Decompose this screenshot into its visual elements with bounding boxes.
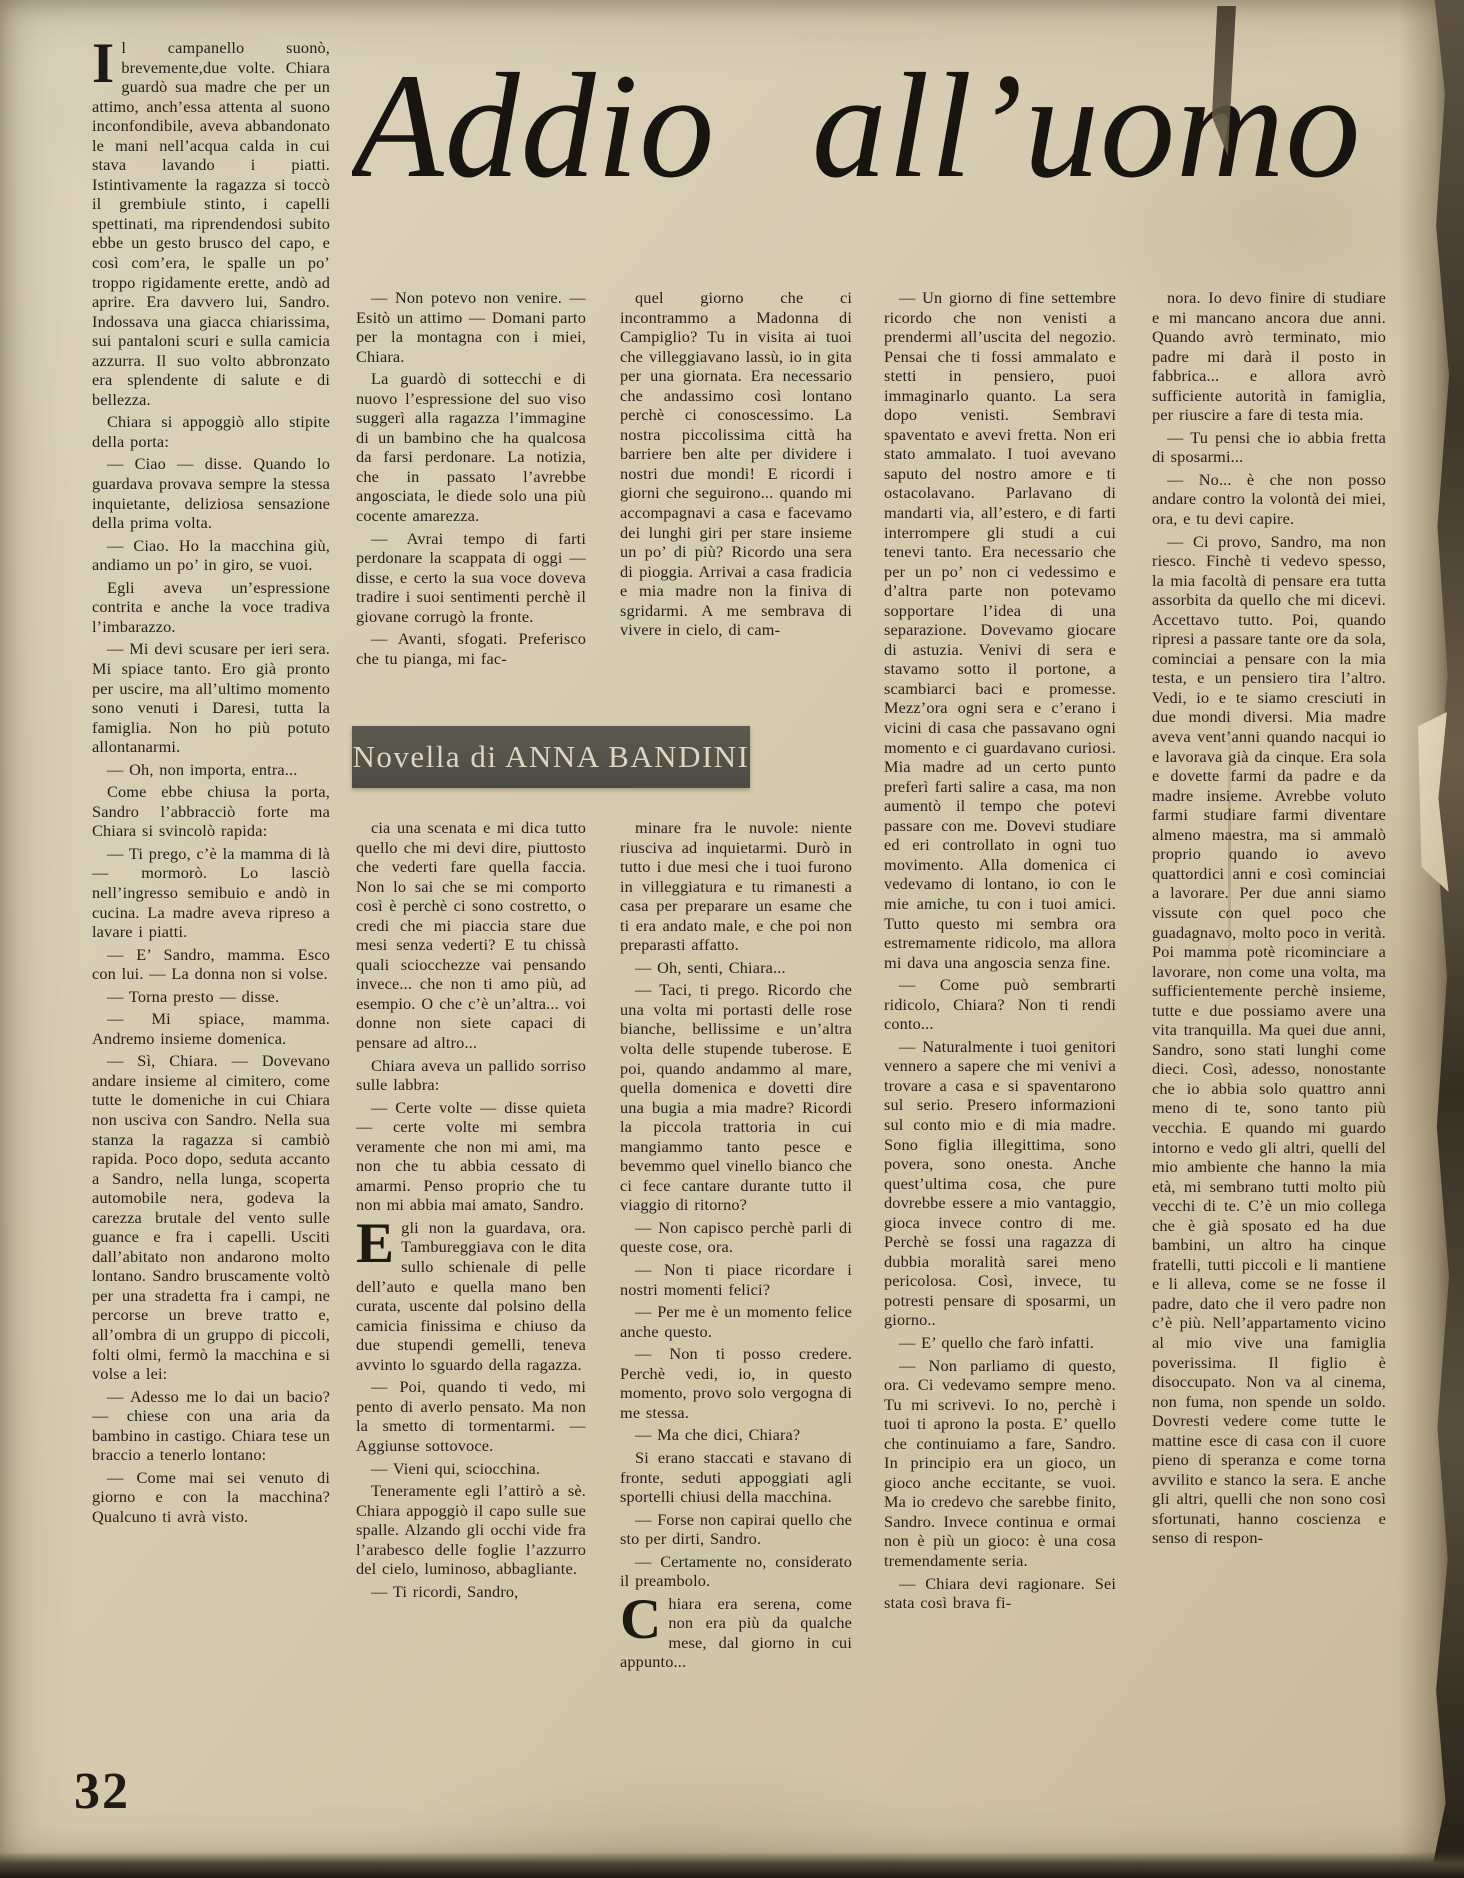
paragraph: — Non ti posso credere. Perchè vedi, io,… — [620, 1344, 852, 1422]
paragraph: — Forse non capirai quello che sto per d… — [620, 1510, 852, 1549]
text-column-4: — Un giorno di fine settembre ricordo ch… — [884, 288, 1116, 1822]
paragraph: quel giorno che ci incontrammo a Madonna… — [620, 288, 852, 640]
paragraph: — Per me è un momento felice anche quest… — [620, 1302, 852, 1341]
paragraph: — Non capisco perchè parli di queste cos… — [620, 1218, 852, 1257]
paragraph: — Non parliamo di questo, ora. Ci vedeva… — [884, 1356, 1116, 1571]
paragraph: — Chiara devi ragionare. Sei stata così … — [884, 1574, 1116, 1613]
paragraph: — Tu pensi che io abbia fretta di sposar… — [1152, 428, 1386, 467]
paragraph: — Ti ricordi, Sandro, — [356, 1582, 586, 1602]
paragraph: — Torna presto — disse. — [92, 987, 330, 1007]
paragraph: — Mi devi scusare per ieri sera. Mi spia… — [92, 639, 330, 756]
paragraph: — Avrai tempo di farti perdonare la scap… — [356, 529, 586, 627]
paragraph: — Certe volte — disse quieta — certe vol… — [356, 1098, 586, 1215]
paragraph: — Taci, ti prego. Ricordo che una volta … — [620, 980, 852, 1215]
paragraph: La guardò di sottecchi e di nuovo l’espr… — [356, 369, 586, 525]
paragraph: — Ciao — disse. Quando lo guardava prova… — [92, 454, 330, 532]
paragraph: minare fra le nuvole: niente riusciva ad… — [620, 818, 852, 955]
paragraph: — Mi spiace, mamma. Andremo insieme dome… — [92, 1009, 330, 1048]
paragraph: Egli aveva un’espressione contrita e anc… — [92, 578, 330, 637]
paragraph: Come ebbe chiusa la porta, Sandro l’abbr… — [92, 782, 330, 841]
paragraph: — Vieni qui, sciocchina. — [356, 1459, 586, 1479]
paragraph: nora. Io devo finire di studiare e mi ma… — [1152, 288, 1386, 425]
paragraph: — Oh, non importa, entra... — [92, 760, 330, 780]
paragraph: — Sì, Chiara. — Dovevano andare insieme … — [92, 1051, 330, 1383]
drop-cap-letter: C — [620, 1594, 668, 1643]
paragraph-dropcap: Chiara era serena, come non era più da q… — [620, 1594, 852, 1672]
paragraph: — Ma che dici, Chiara? — [620, 1425, 852, 1445]
paragraph: — E’ Sandro, mamma. Esco con lui. — La d… — [92, 945, 330, 984]
drop-cap-letter: I — [92, 38, 121, 87]
text-column-3-upper: quel giorno che ci incontrammo a Madonna… — [620, 288, 852, 724]
paragraph: — Non potevo non venire. — Esitò un atti… — [356, 288, 586, 366]
paragraph: — Poi, quando ti vedo, mi pento di averl… — [356, 1377, 586, 1455]
paper-crease — [1228, 690, 1231, 1020]
paragraph: cia una scenata e mi dica tutto quello c… — [356, 818, 586, 1053]
paragraph: — Ciao. Ho la macchina giù, andiamo un p… — [92, 536, 330, 575]
paragraph: — E’ quello che farò infatti. — [884, 1333, 1116, 1353]
paragraph: — Un giorno di fine settembre ricordo ch… — [884, 288, 1116, 972]
paragraph: — Certamente no, considerato il preambol… — [620, 1552, 852, 1591]
text-column-2-upper: — Non potevo non venire. — Esitò un atti… — [356, 288, 586, 724]
paragraph: Si erano staccati e stavano di fronte, s… — [620, 1448, 852, 1507]
story-title: Addio all’uomo — [352, 26, 1464, 240]
drop-cap-letter: E — [356, 1218, 401, 1267]
text-column-5: nora. Io devo finire di studiare e mi ma… — [1152, 288, 1386, 1822]
text-column-1: Il campanello suonò, brevemente,due volt… — [92, 38, 330, 1770]
paragraph: Chiara aveva un pallido sorriso sulle la… — [356, 1056, 586, 1095]
paragraph: — Oh, senti, Chiara... — [620, 958, 852, 978]
paragraph-dropcap: Il campanello suonò, brevemente,due volt… — [92, 38, 330, 409]
page-number: 32 — [74, 1762, 130, 1821]
paragraph: — Come può sembrarti ridicolo, Chiara? N… — [884, 975, 1116, 1034]
paragraph: — Come mai sei venuto di giorno e con la… — [92, 1468, 330, 1527]
bottom-page-shadow — [0, 1852, 1464, 1878]
paragraph-dropcap: Egli non la guardava, ora. Tambureggiava… — [356, 1218, 586, 1374]
paragraph: — Ci provo, Sandro, ma non riesco. Finch… — [1152, 532, 1386, 1548]
paragraph: — Avanti, sfogati. Preferisco che tu pia… — [356, 629, 586, 668]
text-column-2-lower: cia una scenata e mi dica tutto quello c… — [356, 818, 586, 1818]
paragraph: — Ti prego, c’è la mamma di là — mormorò… — [92, 844, 330, 942]
magazine-page: { "page": { "title": "Addio all\u2019uom… — [0, 0, 1464, 1878]
paragraph: — Naturalmente i tuoi genitori vennero a… — [884, 1037, 1116, 1330]
paragraph: — Non ti piace ricordare i nostri moment… — [620, 1260, 852, 1299]
paragraph: — Adesso me lo dai un bacio? — chiese co… — [92, 1387, 330, 1465]
paragraph: — No... è che non posso andare contro la… — [1152, 470, 1386, 529]
paragraph: Chiara si appoggiò allo stipite della po… — [92, 412, 330, 451]
novella-author-banner: Novella di ANNA BANDINI — [352, 726, 750, 788]
paragraph: Teneramente egli l’attirò a sè. Chiara a… — [356, 1481, 586, 1579]
text-column-3-lower: minare fra le nuvole: niente riusciva ad… — [620, 818, 852, 1818]
